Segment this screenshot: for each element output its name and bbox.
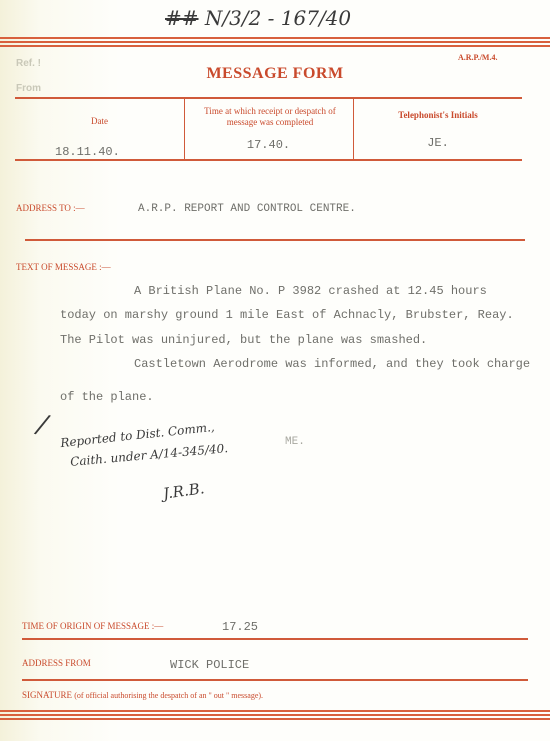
text-of-message-label: TEXT OF MESSAGE :— — [16, 262, 111, 272]
handwritten-tick: / — [35, 409, 50, 440]
table-bottom-rule — [15, 159, 522, 161]
message-line-4: Castletown Aerodrome was informed, and t… — [134, 357, 530, 371]
signature-note: (of official authorising the despatch of… — [74, 691, 263, 700]
value-telephonist-initials: JE. — [354, 136, 522, 150]
message-line-5: of the plane. — [60, 390, 154, 404]
time-of-origin-value: 17.25 — [222, 620, 258, 634]
signature-line: SIGNATURE (of official authorising the d… — [22, 690, 263, 700]
time-of-origin-rule — [22, 638, 528, 640]
address-from-label: ADDRESS FROM — [22, 658, 91, 668]
form-code: A.R.P./M.4. — [458, 53, 497, 62]
hash-mark-icon: ## — [165, 6, 199, 30]
address-to-label: ADDRESS TO :— — [16, 203, 85, 213]
signature-label: SIGNATURE — [22, 690, 72, 700]
address-from-rule — [22, 679, 528, 681]
handwritten-initials: J.R.B. — [162, 479, 206, 503]
table-top-rule — [15, 97, 522, 99]
message-line-3: The Pilot was uninjured, but the plane w… — [60, 333, 427, 347]
message-form-document: ## N/3/2 - 167/40 Ref. ! From A.R.P./M.4… — [0, 0, 550, 741]
address-to-value: A.R.P. REPORT AND CONTROL CENTRE. — [138, 203, 356, 215]
header-time-completed: Time at which receipt or despatch of mes… — [190, 106, 350, 128]
value-date: 18.11.40. — [55, 145, 120, 159]
header-date: Date — [15, 116, 184, 126]
page-title: MESSAGE FORM — [0, 65, 550, 83]
address-from-value: WICK POLICE — [170, 658, 249, 672]
header-telephonist-initials: Telephonist's Initials — [354, 110, 522, 120]
message-line-2: today on marshy ground 1 mile East of Ac… — [60, 308, 514, 322]
top-border-rules — [0, 37, 550, 49]
table-divider-2 — [353, 98, 354, 160]
message-line-1: A British Plane No. P 3982 crashed at 12… — [134, 284, 487, 298]
margin-label-from: From — [16, 83, 41, 94]
typed-initials: ME. — [285, 436, 305, 448]
file-reference: ## N/3/2 - 167/40 — [165, 6, 351, 30]
value-time-completed: 17.40. — [184, 138, 353, 152]
time-of-origin-label: TIME OF ORIGIN OF MESSAGE :— — [22, 621, 163, 631]
address-to-rule — [25, 239, 525, 241]
bottom-border-rules — [0, 710, 550, 722]
